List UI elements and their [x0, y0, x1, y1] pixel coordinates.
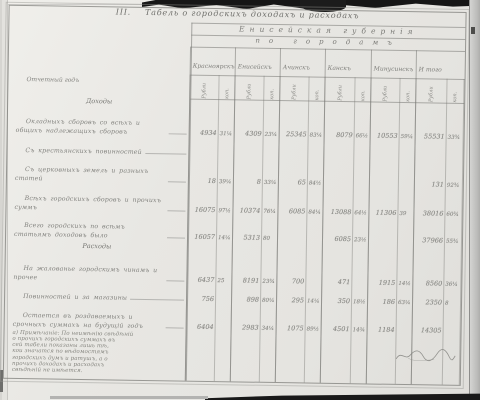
subcolumn-header-kop: коп.: [219, 75, 235, 99]
value-cell-kop: 25: [216, 278, 232, 287]
row-label-cell: Всѣхъ городскихъ сборовъ и прочихъ суммъ: [6, 195, 188, 217]
footnote: а) Примѣчаніе: По неимѣнію свѣдѣнійо про…: [12, 330, 189, 376]
signature-flourish: [394, 346, 456, 365]
value-cell-kop: [396, 334, 412, 337]
value-cell-rub: 16075: [188, 206, 217, 217]
value-cell-kop: 64½: [353, 210, 369, 219]
row-label-cell: Съ церковныхъ земель и разныхъ статей: [7, 166, 189, 188]
value-cell-kop: 33¾: [447, 135, 464, 144]
column-group-header: Енисейскъ: [236, 47, 281, 76]
subcolumn-header-kop: коп.: [309, 77, 325, 101]
row-label-cell: Всего городскихъ по всѣмъ статьямъ доход…: [6, 222, 188, 244]
value-cell-kop: 31¼: [219, 131, 235, 140]
value-cell-rub: 38016: [414, 209, 445, 220]
value-cell-kop: [216, 331, 232, 334]
value-cell-kop: 89½: [306, 326, 322, 335]
value-cell-rub: 25345: [280, 130, 309, 141]
subcolumn-header-kop: коп.: [264, 76, 280, 100]
kop-label: коп.: [453, 92, 458, 103]
column-group-header: Канскъ: [326, 49, 372, 78]
value-cell-rub: 295: [277, 296, 306, 307]
rub-label: Рубли: [429, 87, 434, 103]
scan-artifact-bottom-line: [50, 396, 208, 399]
rub-label: Рубли: [383, 86, 388, 102]
column-group-header: Красноярскъ: [191, 47, 236, 76]
label-leader-line: [167, 237, 185, 238]
section-number: III.: [116, 7, 131, 16]
value-cell-kop: 84½: [308, 181, 324, 190]
row-label: Съ церковныхъ земель и разныхъ статей: [15, 166, 165, 185]
subcolumn-header-rub: Рубли: [371, 77, 400, 101]
value-cell-rub: 8191: [232, 276, 261, 287]
value-cell-rub: 4934: [190, 129, 219, 140]
label-leader-line: [169, 133, 187, 134]
subcolumn-header-rub: Рубли: [416, 78, 447, 102]
value-cell-kop: 8: [444, 301, 461, 310]
value-cell-kop: [398, 244, 414, 247]
value-cell-kop: 39: [398, 211, 414, 220]
value-cell-kop: 60¾: [445, 212, 462, 221]
value-cell-kop: 34¼: [261, 326, 277, 335]
value-cell-kop: 23¾: [261, 279, 277, 288]
value-cell-kop: [308, 159, 324, 162]
value-cell-rub: 4501: [322, 325, 352, 336]
value-cell-kop: [446, 161, 463, 164]
value-cell-rub: 131: [415, 180, 446, 191]
subcolumn-header-kop: коп.: [355, 77, 371, 101]
value-cell-rub: [279, 158, 308, 161]
value-cell-kop: 18½: [352, 299, 368, 308]
label-leader-line: [166, 327, 184, 328]
value-cell-rub: 10374: [233, 206, 262, 217]
value-cell-rub: 11306: [369, 208, 398, 219]
value-cell-kop: [263, 158, 279, 161]
value-cell-kop: 23½: [353, 237, 369, 246]
rub-label: Рубли: [292, 85, 297, 101]
value-cell-kop: [399, 160, 415, 163]
value-cell-kop: 36¼: [444, 282, 461, 291]
label-leader-line: [167, 210, 185, 211]
value-cell-rub: 8079: [325, 131, 355, 142]
value-cell-rub: [324, 159, 354, 162]
row-label-cell: Окладныхъ сборовъ со всѣхъ и общихъ надл…: [8, 118, 190, 140]
scan-artifact-right-edge: [469, 0, 480, 400]
rub-label: Рубли: [338, 85, 343, 101]
value-cell-kop: [218, 157, 234, 160]
kop-label: коп.: [361, 91, 366, 102]
value-cell-rub: [189, 157, 218, 160]
value-cell-rub: 18: [189, 177, 218, 188]
value-cell-rub: 6437: [187, 276, 216, 287]
column-group-header: И того: [417, 50, 465, 79]
column-group-header: Ачинскъ: [281, 48, 326, 77]
row-label: Всего городскихъ по всѣмъ статьямъ доход…: [14, 222, 164, 241]
value-cell-rub: 6404: [187, 323, 216, 334]
value-cell-rub: 13088: [323, 208, 353, 219]
label-leader-line: [145, 153, 187, 155]
subcolumn-header-rub: Рубли: [190, 75, 219, 99]
value-cell-kop: 39¼: [218, 179, 234, 188]
value-cell-rub: 1184: [368, 325, 397, 336]
value-cell-kop: 83¼: [309, 133, 325, 142]
row-label-cell: На жалованье городскимъ чинамъ и прочее: [5, 265, 187, 287]
title-text: Табель о городскихъ доходахъ и расходахъ: [145, 8, 359, 20]
subcolumn-header-rub: Рубли: [280, 76, 309, 100]
value-cell-kop: 84¼: [307, 210, 323, 219]
value-cell-rub: 186: [368, 297, 397, 308]
table-body: ДоходыОкладныхъ сборовъ со всѣхъ и общих…: [5, 96, 465, 338]
value-cell-kop: [354, 187, 370, 190]
value-cell-rub: 4309: [235, 129, 264, 140]
scan-artifact-bottom-shadow: [205, 392, 480, 400]
subcolumn-header-rub: Рубли: [235, 75, 264, 99]
group-header-spacer: [9, 44, 191, 75]
value-cell-rub: 37966: [414, 236, 445, 247]
row-label: На жалованье городскимъ чинамъ и прочее: [13, 265, 163, 284]
value-cell-kop: [354, 159, 370, 162]
value-cell-rub: 6085: [278, 207, 307, 218]
subcolumn-header-kop: коп.: [400, 78, 416, 102]
value-cell-kop: 97½: [217, 208, 233, 217]
value-cell-kop: 14½: [397, 281, 413, 290]
value-cell-rub: [370, 187, 399, 190]
value-cell-kop: 76¼: [262, 209, 278, 218]
value-cell-rub: 5313: [233, 233, 262, 244]
section-heading: Расходы: [82, 242, 111, 255]
rub-label: Рубли: [247, 84, 252, 100]
value-cell-rub: 16057: [188, 233, 217, 244]
column-group-header: Минусинскъ: [372, 49, 417, 78]
value-cell-kop: 55¾: [445, 239, 462, 248]
value-cell-rub: 2350: [413, 298, 444, 309]
value-cell-kop: [306, 285, 322, 288]
value-cell-kop: 14¼: [217, 235, 233, 244]
kop-label: коп.: [225, 88, 230, 99]
value-cell-kop: 92¾: [446, 183, 463, 192]
value-cell-rub: 350: [322, 297, 352, 308]
scanned-ledger-photo: III.Табель о городскихъ доходахъ и расхо…: [0, 0, 480, 400]
value-cell-rub: 55531: [416, 132, 447, 143]
value-cell-rub: 1075: [277, 324, 306, 335]
value-cell-rub: 8: [234, 177, 263, 188]
kop-label: коп.: [406, 91, 411, 102]
value-cell-rub: 756: [187, 295, 216, 306]
value-cell-rub: [278, 242, 307, 245]
rub-label: Рубли: [202, 83, 207, 99]
value-cell-rub: [370, 159, 399, 162]
value-cell-rub: 65: [279, 178, 308, 189]
subcolumn-header-kop: коп.: [447, 79, 464, 103]
row-label: Всѣхъ городскихъ сборовъ и прочихъ суммъ: [14, 195, 164, 214]
value-cell-kop: [443, 335, 460, 338]
value-cell-kop: 33¼: [263, 180, 279, 189]
row-label: Окладныхъ сборовъ со всѣхъ и общихъ надл…: [16, 118, 166, 137]
row-label: Остается въ роздаваемыхъ и срочныхъ сумм…: [13, 312, 163, 331]
value-cell-rub: 2983: [232, 323, 261, 334]
value-cell-kop: 59¼: [400, 134, 416, 143]
ledger-sheet: III.Табель о городскихъ доходахъ и расхо…: [3, 5, 467, 386]
value-cell-rub: 6085: [323, 235, 353, 246]
value-cell-rub: 1915: [368, 278, 397, 289]
value-cell-kop: 80: [262, 236, 278, 245]
label-leader-line: [130, 299, 184, 301]
value-cell-kop: 14¾: [352, 327, 368, 336]
value-cell-kop: [216, 303, 232, 306]
kop-label: коп.: [315, 90, 320, 101]
scan-artifact-right-notch: [471, 27, 475, 34]
value-cell-rub: [234, 157, 263, 160]
value-cell-rub: 14305: [412, 326, 443, 337]
row-label: Повинностей и за магазины: [13, 293, 127, 303]
value-cell-rub: 471: [322, 278, 352, 289]
value-cell-kop: 66½: [355, 133, 371, 142]
value-cell-rub: 8560: [413, 279, 444, 290]
subcolumn-header-rub: Рубли: [325, 77, 355, 101]
kop-label: коп.: [270, 89, 275, 100]
value-cell-kop: 80¼: [261, 298, 277, 307]
value-cell-rub: 898: [232, 295, 261, 306]
label-leader-line: [168, 181, 186, 182]
value-cell-rub: 700: [277, 277, 306, 288]
value-cell-kop: [307, 242, 323, 245]
value-cell-rub: [324, 187, 354, 190]
value-cell-kop: 63¼: [397, 300, 413, 309]
value-cell-rub: [415, 160, 446, 163]
section-heading: Доходы: [86, 97, 112, 110]
value-cell-rub: [369, 243, 398, 246]
value-cell-kop: [399, 188, 415, 191]
value-cell-rub: 10553: [371, 131, 400, 142]
value-cell-kop: 14¼: [306, 298, 322, 307]
value-cell-kop: [352, 286, 368, 289]
value-cell-kop: 23¼: [264, 132, 280, 141]
label-leader-line: [166, 280, 184, 281]
row-label: Съ крестьянскихъ повинностей: [15, 147, 142, 157]
